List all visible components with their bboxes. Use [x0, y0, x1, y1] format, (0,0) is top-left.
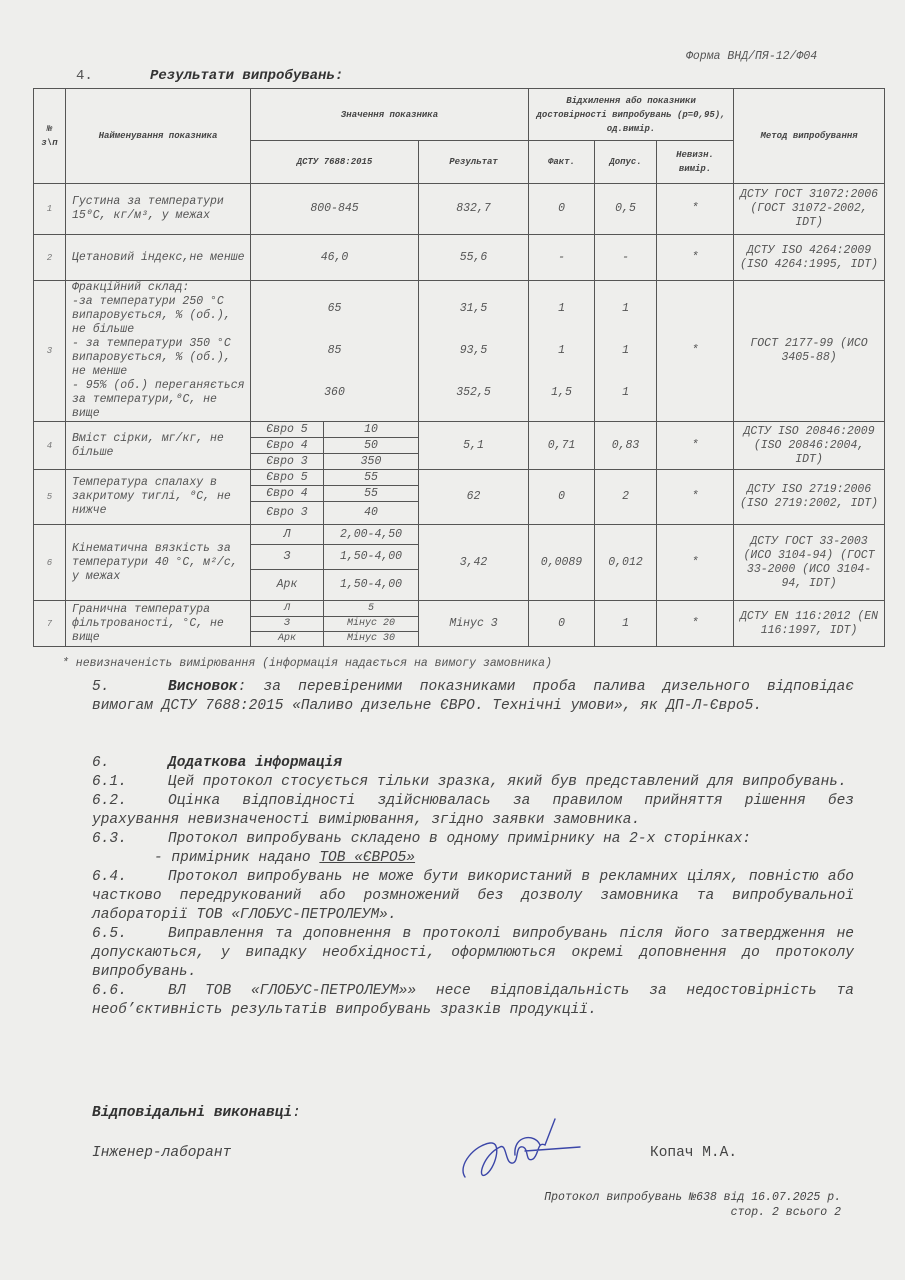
- page-info: стор. 2 всього 2: [544, 1205, 841, 1220]
- section-number: 4.: [76, 68, 150, 84]
- row-method: ДСТУ EN 116:2012 (EN 116:1997, IDT): [734, 601, 885, 647]
- row-allow: 2: [595, 470, 657, 525]
- row-dstu: 800-845: [251, 184, 419, 235]
- row-num: 6: [34, 525, 66, 601]
- row-name-line: Фракційний склад:: [72, 281, 247, 295]
- row-fact: -: [529, 235, 595, 281]
- colon: :: [292, 1105, 301, 1121]
- section-4-title: 4.Результати випробувань:: [76, 68, 343, 84]
- row-num: 2: [34, 235, 66, 281]
- sub-label: З: [251, 545, 324, 570]
- sub-label: Євро 4: [251, 438, 324, 454]
- table-row: 7 Гранична температура фільтрованості, °…: [34, 601, 885, 617]
- row-allow: 0,83: [595, 422, 657, 470]
- sub-value: 1,50-4,00: [324, 570, 419, 601]
- sub-label: Арк: [251, 570, 324, 601]
- row-uncert: *: [657, 601, 734, 647]
- row-name-line: -за температури 250 °С випаровується, % …: [72, 295, 247, 337]
- value: 85: [254, 330, 415, 372]
- copy-note: - примірник надано ТОВ «ЄВРО5»: [92, 849, 854, 868]
- sub-label: Євро 5: [251, 470, 324, 486]
- item-text: Виправлення та доповнення в протоколі ви…: [92, 926, 854, 980]
- copy-note-prefix: - примірник надано: [154, 850, 319, 866]
- table-row: 3 Фракційний склад: -за температури 250 …: [34, 281, 885, 422]
- item-text: Протокол випробувань складено в одному п…: [168, 831, 751, 847]
- sub-label: Євро 3: [251, 454, 324, 470]
- role: Інженер-лаборант: [92, 1145, 231, 1161]
- section-5-conclusion: 5.Висновок: за перевіреними показниками …: [92, 678, 854, 716]
- sub-value: 40: [324, 502, 419, 525]
- row-method: ДСТУ ISO 4264:2009 (ISO 4264:1995, IDT): [734, 235, 885, 281]
- header-fact: Факт.: [529, 141, 595, 184]
- sub-label: Євро 5: [251, 422, 324, 438]
- header-uncert: Невизн. вимір.: [657, 141, 734, 184]
- row-result: Мінус 3: [419, 601, 529, 647]
- protocol-line: Протокол випробувань №638 від 16.07.2025…: [544, 1190, 841, 1205]
- row-num: 4: [34, 422, 66, 470]
- row-uncert: *: [657, 235, 734, 281]
- value: 1: [598, 372, 653, 414]
- item-text: ВЛ ТОВ «ГЛОБУС-ПЕТРОЛЕУМ»» несе відповід…: [92, 983, 854, 1018]
- value: 352,5: [422, 372, 525, 414]
- row-name-line: - за температури 350 °С випаровується, %…: [72, 337, 247, 379]
- sub-value: Мінус 30: [324, 632, 419, 647]
- footnote: * невизначеність вимірювання (інформація…: [62, 657, 552, 670]
- row-num: 1: [34, 184, 66, 235]
- signature-icon: [455, 1115, 585, 1185]
- sub-value: 50: [324, 438, 419, 454]
- row-name: Температура спалаху в закритому тиглі, ⁰…: [66, 470, 251, 525]
- sub-label: Євро 4: [251, 486, 324, 502]
- row-result: 5,1: [419, 422, 529, 470]
- section-6-additional-info: 6.Додаткова інформація 6.1.Цей протокол …: [92, 754, 854, 1020]
- item-number: 6.6.: [92, 982, 168, 1001]
- row-name: Вміст сірки, мг/кг, не більше: [66, 422, 251, 470]
- item-text: Оцінка відповідності здійснювалась за пр…: [92, 793, 854, 828]
- row-method: ГОСТ 2177-99 (ИСО 3405-88): [734, 281, 885, 422]
- protocol-info: Протокол випробувань №638 від 16.07.2025…: [544, 1190, 841, 1220]
- row-allow: 1 1 1: [595, 281, 657, 422]
- row-fact: 0,71: [529, 422, 595, 470]
- responsible-name: Копач М.А.: [650, 1145, 737, 1161]
- row-result: 62: [419, 470, 529, 525]
- section-title-text: Результати випробувань:: [150, 68, 343, 84]
- table-row: 5 Температура спалаху в закритому тиглі,…: [34, 470, 885, 486]
- sub-value: Мінус 20: [324, 617, 419, 632]
- table-row: 6 Кінематична вязкість за температури 40…: [34, 525, 885, 545]
- row-fact: 0: [529, 470, 595, 525]
- row-result: 55,6: [419, 235, 529, 281]
- row-fact: 0: [529, 184, 595, 235]
- header-result: Результат: [419, 141, 529, 184]
- item-number: 6.3.: [92, 830, 168, 849]
- row-result: 31,5 93,5 352,5: [419, 281, 529, 422]
- row-name: Кінематична вязкість за температури 40 °…: [66, 525, 251, 601]
- value: 65: [254, 288, 415, 330]
- row-fact: 1 1 1,5: [529, 281, 595, 422]
- row-result: 832,7: [419, 184, 529, 235]
- value: 1: [598, 288, 653, 330]
- row-fact: 0,0089: [529, 525, 595, 601]
- responsible-title: Відповідальні виконавці:: [92, 1105, 301, 1121]
- value: 31,5: [422, 288, 525, 330]
- row-method: ДСТУ ГОСТ 31072:2006 (ГОСТ 31072-2002, I…: [734, 184, 885, 235]
- header-deviation: Відхилення або показники достовірності в…: [529, 89, 734, 141]
- row-fact: 0: [529, 601, 595, 647]
- row-name: Цетановий індекс,не менше: [66, 235, 251, 281]
- section-number: 5.: [92, 678, 168, 697]
- row-allow: 0,012: [595, 525, 657, 601]
- sub-label: Л: [251, 525, 324, 545]
- sub-value: 350: [324, 454, 419, 470]
- section-title-text: Додаткова інформація: [168, 755, 342, 771]
- value: 1: [598, 330, 653, 372]
- value: 93,5: [422, 330, 525, 372]
- item-text: Протокол випробувань не може бути викори…: [92, 869, 854, 923]
- row-uncert: *: [657, 422, 734, 470]
- sub-value: 10: [324, 422, 419, 438]
- item-number: 6.2.: [92, 792, 168, 811]
- value: 1: [532, 288, 591, 330]
- row-dstu: 65 85 360: [251, 281, 419, 422]
- sub-value: 55: [324, 486, 419, 502]
- row-num: 3: [34, 281, 66, 422]
- item-number: 6.1.: [92, 773, 168, 792]
- sub-value: 55: [324, 470, 419, 486]
- item-number: 6.4.: [92, 868, 168, 887]
- header-dstu: ДСТУ 7688:2015: [251, 141, 419, 184]
- row-result: 3,42: [419, 525, 529, 601]
- copy-note-org: ТОВ «ЄВРО5»: [319, 850, 415, 866]
- sub-label: Л: [251, 601, 324, 617]
- value: 1,5: [532, 372, 591, 414]
- row-name: Гранична температура фільтрованості, °С,…: [66, 601, 251, 647]
- row-method: ДСТУ ГОСТ 33-2003 (ИСО 3104-94) (ГОСТ 33…: [734, 525, 885, 601]
- table-row: 4 Вміст сірки, мг/кг, не більше Євро 5 1…: [34, 422, 885, 438]
- section-number: 6.: [92, 754, 168, 773]
- row-name: Густина за температури 15⁰С, кг/м³, у ме…: [66, 184, 251, 235]
- header-values: Значення показника: [251, 89, 529, 141]
- row-allow: 1: [595, 601, 657, 647]
- sub-value: 2,00-4,50: [324, 525, 419, 545]
- value: 1: [532, 330, 591, 372]
- row-allow: -: [595, 235, 657, 281]
- row-uncert: *: [657, 281, 734, 422]
- sub-value: 1,50-4,00: [324, 545, 419, 570]
- row-uncert: *: [657, 525, 734, 601]
- row-dstu: 46,0: [251, 235, 419, 281]
- item-text: Цей протокол стосується тільки зразка, я…: [168, 774, 847, 790]
- header-allow: Допус.: [595, 141, 657, 184]
- header-method: Метод випробування: [734, 89, 885, 184]
- row-uncert: *: [657, 470, 734, 525]
- results-table: № з\п Найменування показника Значення по…: [33, 88, 885, 647]
- row-method: ДСТУ ISO 20846:2009 (ISO 20846:2004, IDT…: [734, 422, 885, 470]
- form-code: Форма ВНД/ПЯ-12/Ф04: [686, 50, 817, 63]
- header-num: № з\п: [34, 89, 66, 184]
- row-name: Фракційний склад: -за температури 250 °С…: [66, 281, 251, 422]
- sub-label: З: [251, 617, 324, 632]
- row-num: 5: [34, 470, 66, 525]
- table-row: 1 Густина за температури 15⁰С, кг/м³, у …: [34, 184, 885, 235]
- sub-label: Арк: [251, 632, 324, 647]
- row-num: 7: [34, 601, 66, 647]
- sub-label: Євро 3: [251, 502, 324, 525]
- item-number: 6.5.: [92, 925, 168, 944]
- row-allow: 0,5: [595, 184, 657, 235]
- value: 360: [254, 372, 415, 414]
- row-method: ДСТУ ISO 2719:2006 (ISO 2719:2002, IDT): [734, 470, 885, 525]
- row-name-line: - 95% (об.) переганяється за температури…: [72, 379, 247, 421]
- sub-value: 5: [324, 601, 419, 617]
- header-name: Найменування показника: [66, 89, 251, 184]
- row-uncert: *: [657, 184, 734, 235]
- conclusion-label: Висновок: [168, 679, 238, 695]
- table-row: 2 Цетановий індекс,не менше 46,0 55,6 - …: [34, 235, 885, 281]
- responsible-title-text: Відповідальні виконавці: [92, 1105, 292, 1121]
